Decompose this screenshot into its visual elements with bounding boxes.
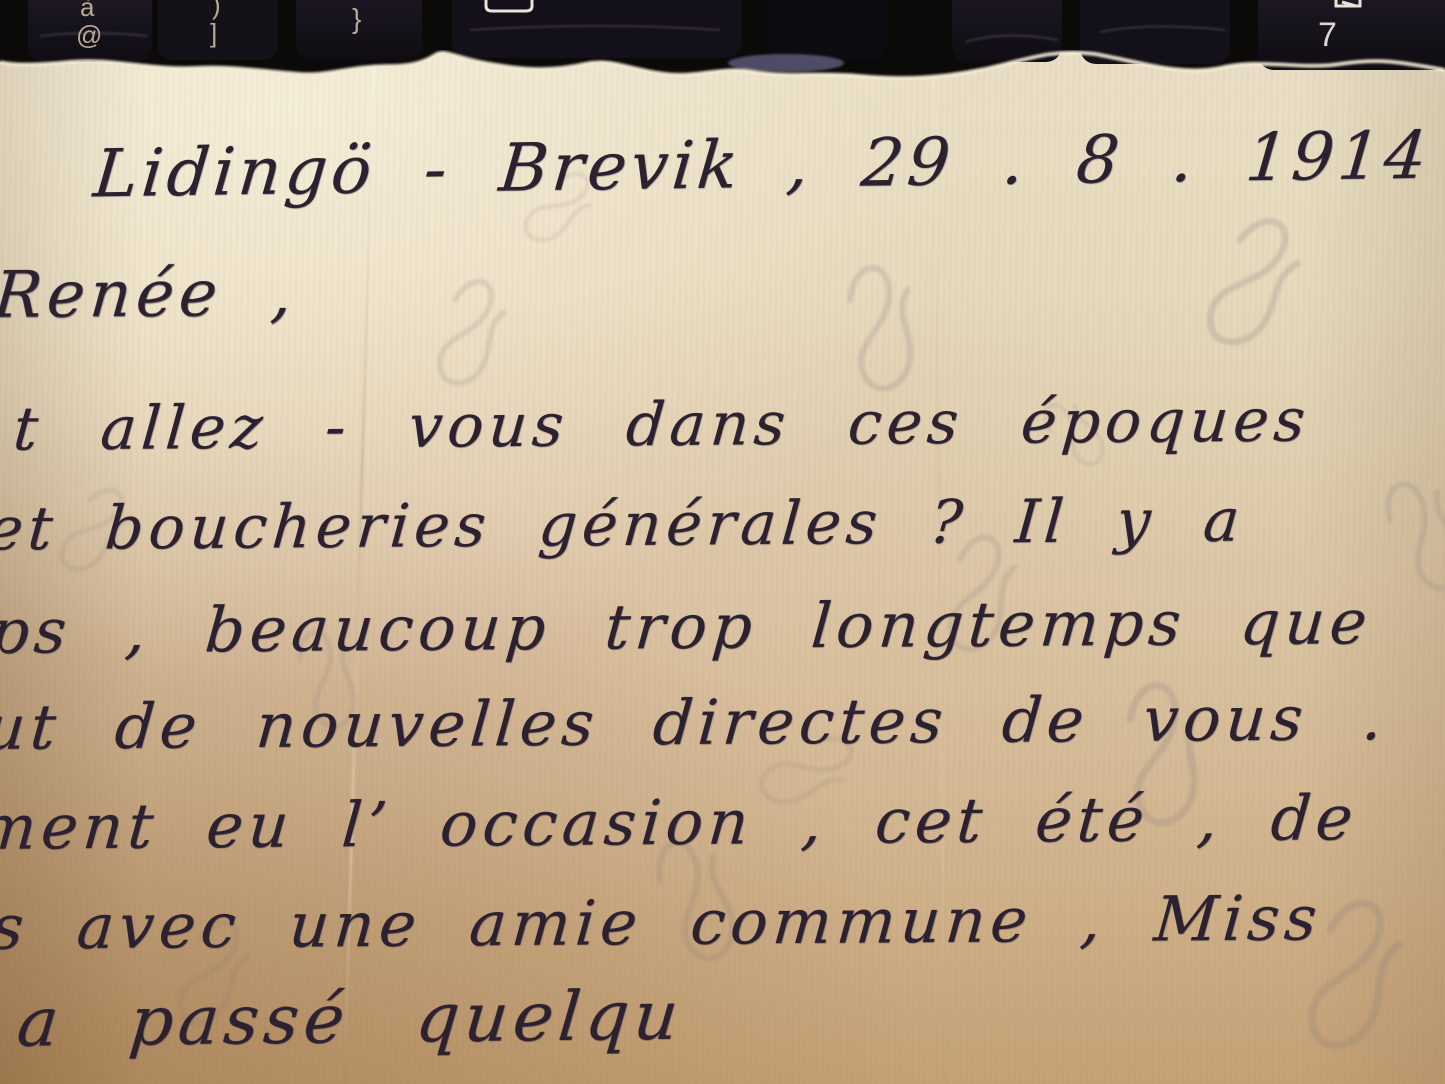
- key-unlabeled-1: [766, 0, 886, 60]
- key-agrave-bottom-label: @: [76, 20, 102, 50]
- key-rparen-top-label: ): [212, 0, 221, 20]
- letter-salutation: Renée ,: [0, 257, 300, 333]
- letter-line: et boucheries générales ? Il y a: [0, 486, 1247, 565]
- letter-line: s avec une amie commune , Miss: [0, 881, 1324, 963]
- key-agrave-top-label: à: [80, 0, 95, 22]
- letter-line: ps , beaucoup trop longtemps que: [0, 585, 1375, 668]
- letter-photograph: Lidingö - Brevik, 29 . 8 . 1914 Renée , …: [0, 0, 1445, 1084]
- letter-line: a passé quelqu: [14, 977, 687, 1063]
- letter-line: t allez - vous dans ces époques: [11, 385, 1313, 464]
- key-unlabeled-2: [952, 0, 1062, 62]
- letter-line: ment eu l’ occasion , cet été , de: [0, 781, 1361, 864]
- key-numpad7-label: 7: [1318, 16, 1337, 54]
- letter-place: Lidingö - Brevik: [91, 126, 745, 212]
- key-rparen-bottom-label: ]: [210, 18, 217, 48]
- key-numpad7: [1258, 0, 1445, 70]
- key-equals-label: }: [352, 3, 361, 34]
- keyboard-strip: à @ ) ] } 7: [0, 0, 1445, 135]
- letter-line: ut de nouvelles directes de vous .: [0, 681, 1390, 764]
